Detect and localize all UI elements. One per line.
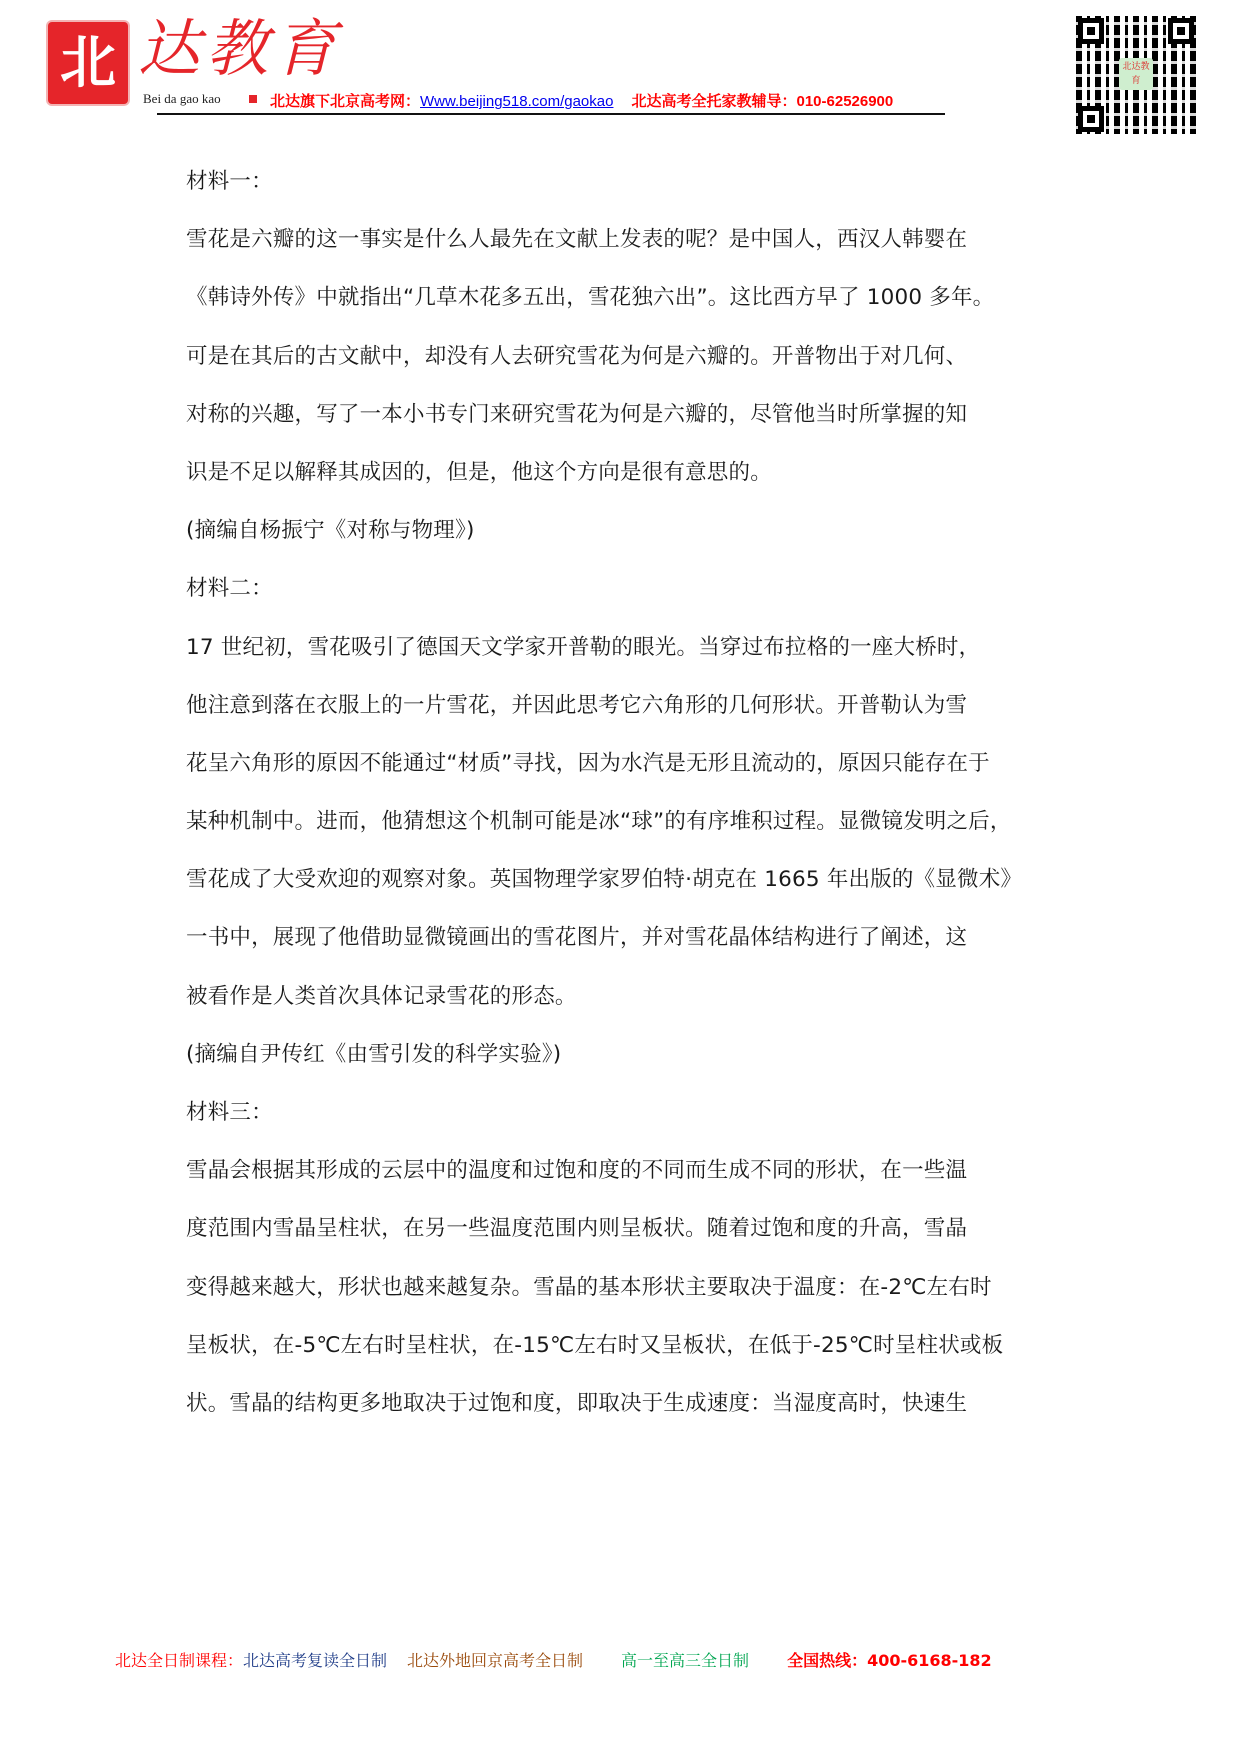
footer-course-return: 北达外地回京高考全日制 [407, 1648, 583, 1671]
section-heading-material-1: 材料一： [186, 162, 1056, 220]
qr-code-icon: 北达教育 [1076, 16, 1196, 134]
tutoring-label: 北达高考全托家教辅导： [631, 93, 796, 110]
text-line: 对称的兴趣，写了一本小书专门来研究雪花为何是六瓣的，尽管他当时所掌握的知 [186, 395, 1056, 453]
text-line: 雪晶会根据其形成的云层中的温度和过饱和度的不同而生成不同的形状，在一些温 [186, 1151, 1056, 1209]
website-link[interactable]: Www.beijing518.com/gaokao [420, 93, 613, 110]
text-line: 雪花成了大受欢迎的观察对象。英国物理学家罗伯特·胡克在 1665 年出版的《显微… [186, 860, 1056, 918]
slogan-prefix: 北达旗下北京高考网： [270, 93, 420, 110]
source-citation: (摘编自杨振宁《对称与物理》) [186, 511, 1056, 569]
document-body: 材料一： 雪花是六瓣的这一事实是什么人最先在文献上发表的呢？是中国人，西汉人韩婴… [186, 162, 1056, 1442]
qr-finder-top-left [1078, 18, 1104, 44]
section-heading-material-2: 材料二： [186, 569, 1056, 627]
text-line: 17 世纪初，雪花吸引了德国天文学家开普勒的眼光。当穿过布拉格的一座大桥时， [186, 628, 1056, 686]
header-slogan: 北达旗下北京高考网：Www.beijing518.com/gaokao北达高考全… [270, 90, 893, 111]
text-line: 被看作是人类首次具体记录雪花的形态。 [186, 977, 1056, 1035]
text-line: 变得越来越大，形状也越来越复杂。雪晶的基本形状主要取决于温度：在-2℃左右时 [186, 1268, 1056, 1326]
footer-hotline-label: 全国热线： [787, 1648, 867, 1671]
text-line: 花呈六角形的原因不能通过“材质”寻找，因为水汽是无形且流动的，原因只能存在于 [186, 744, 1056, 802]
text-line: 识是不足以解释其成因的，但是，他这个方向是很有意思的。 [186, 453, 1056, 511]
brand-subtitle: Bei da gao kao [143, 91, 221, 107]
qr-finder-bottom-left [1078, 106, 1104, 132]
brand-logo-text: 达教育 [138, 18, 342, 80]
source-citation: (摘编自尹传红《由雪引发的科学实验》) [186, 1035, 1056, 1093]
footer-course-grades: 高一至高三全日制 [621, 1648, 749, 1671]
page-footer: 北达全日制课程：北达高考复读全日制北达外地回京高考全日制高一至高三全日制全国热线… [115, 1648, 992, 1671]
bullet-square-icon [249, 95, 257, 103]
page-header: 北 达教育 Bei da gao kao 北达旗下北京高考网：Www.beiji… [0, 0, 1240, 140]
footer-courses-label: 北达全日制课程： [115, 1648, 243, 1671]
text-line: 一书中，展现了他借助显微镜画出的雪花图片，并对雪花晶体结构进行了阐述，这 [186, 918, 1056, 976]
brand-logo-seal: 北 [48, 22, 128, 104]
text-line: 可是在其后的古文献中，却没有人去研究雪花为何是六瓣的。开普物出于对几何、 [186, 337, 1056, 395]
footer-hotline-number: 400-6168-182 [867, 1651, 992, 1670]
section-heading-material-3: 材料三： [186, 1093, 1056, 1151]
header-divider [157, 113, 945, 115]
tutoring-phone: 010-62526900 [796, 93, 893, 110]
footer-course-repeat: 北达高考复读全日制 [243, 1648, 387, 1671]
text-line: 状。雪晶的结构更多地取决于过饱和度，即取决于生成速度：当湿度高时，快速生 [186, 1384, 1056, 1442]
qr-finder-top-right [1168, 18, 1194, 44]
text-line: 雪花是六瓣的这一事实是什么人最先在文献上发表的呢？是中国人，西汉人韩婴在 [186, 220, 1056, 278]
text-line: 度范围内雪晶呈柱状，在另一些温度范围内则呈板状。随着过饱和度的升高，雪晶 [186, 1209, 1056, 1267]
text-line: 呈板状，在-5℃左右时呈柱状，在-15℃左右时又呈板状，在低于-25℃时呈柱状或… [186, 1326, 1056, 1384]
text-line: 他注意到落在衣服上的一片雪花，并因此思考它六角形的几何形状。开普勒认为雪 [186, 686, 1056, 744]
text-line: 某种机制中。进而，他猜想这个机制可能是冰“球”的有序堆积过程。显微镜发明之后， [186, 802, 1056, 860]
text-line: 《韩诗外传》中就指出“几草木花多五出，雪花独六出”。这比西方早了 1000 多年… [186, 278, 1056, 336]
qr-center-logo: 北达教育 [1119, 58, 1153, 90]
